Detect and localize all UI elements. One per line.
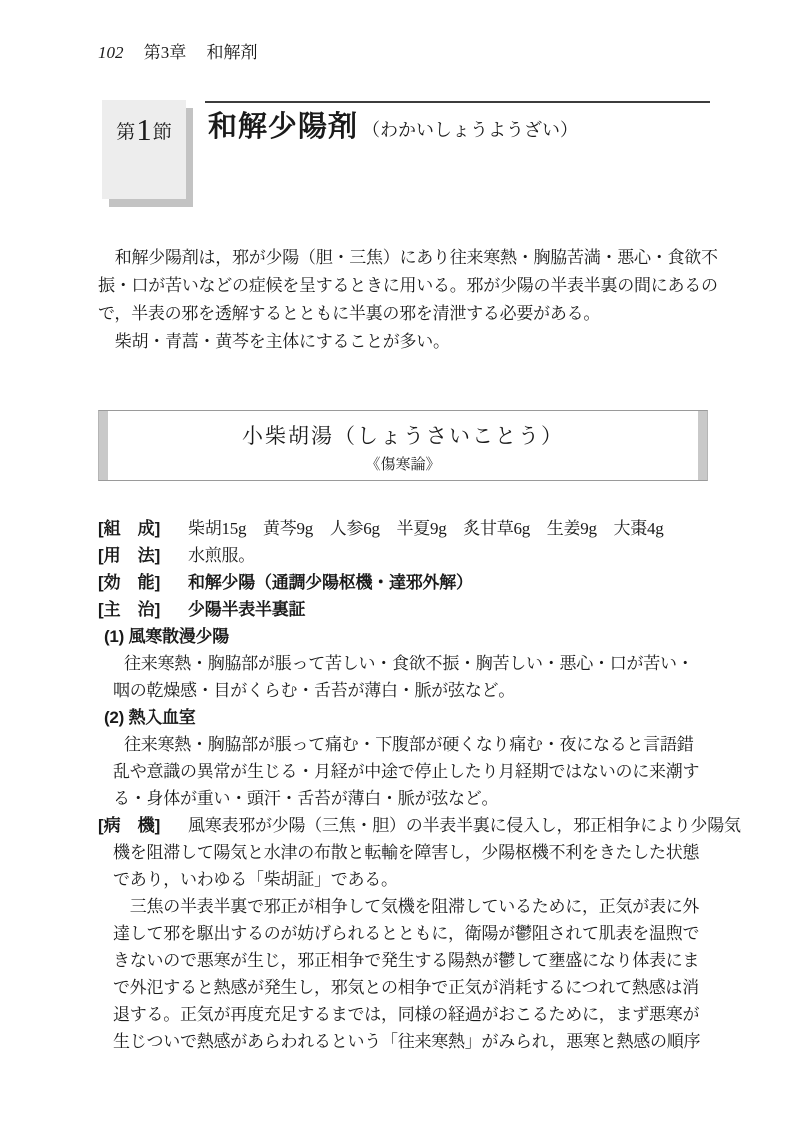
composition-line: [組 成]柴胡15g 黄芩9g 人参6g 半夏9g 炙甘草6g 生姜9g 大棗4… [98, 515, 723, 542]
section-title-row: 和解少陽剤（わかいしょうようざい） [208, 104, 578, 145]
composition-text: 柴胡15g 黄芩9g 人参6g 半夏9g 炙甘草6g 生姜9g 大棗4g [188, 519, 664, 538]
pathogenesis-text: 達して邪を駆出するのが妨げられるとともに，衛陽が鬱阻されて肌表を温煦で [98, 920, 723, 947]
pathogenesis-text: であり，いわゆる「柴胡証」である。 [98, 866, 723, 893]
intro-paragraph: 和解少陽剤は，邪が少陽（胆・三焦）にあり往来寒熱・胸脇苦満・悪心・食欲不 振・口… [98, 244, 718, 356]
indication-item2-text: 往来寒熱・胸脇部が脹って痛む・下腹部が硬くなり痛む・夜になると言語錯 [98, 731, 723, 758]
intro-line: 柴胡・青蒿・黄芩を主体にすることが多い。 [98, 328, 718, 356]
section-rule [205, 101, 710, 103]
section-number-box: 第1節 [102, 100, 186, 199]
chapter-label: 第3章 [144, 43, 187, 62]
formula-details: [組 成]柴胡15g 黄芩9g 人参6g 半夏9g 炙甘草6g 生姜9g 大棗4… [98, 515, 723, 1055]
effect-text: 和解少陽（通調少陽枢機・達邪外解） [188, 573, 473, 592]
indication-item2-text: る・身体が重い・頭汗・舌苔が薄白・脈が弦など。 [98, 785, 723, 812]
formula-box-right-bar [698, 411, 707, 480]
pathogenesis-text: 退する。正気が再度充足するまでは，同様の経過がおこるために，まず悪寒が [98, 1001, 723, 1028]
pathogenesis-label: [病 機] [98, 812, 188, 839]
indication-label: [主 治] [98, 596, 188, 623]
pathogenesis-text: 生じついで熱感があらわれるという「往来寒熱」がみられ，悪寒と熱感の順序 [98, 1028, 723, 1055]
intro-line: 振・口が苦いなどの症候を呈するときに用いる。邪が少陽の半表半裏の間にあるの [98, 272, 718, 300]
section-number-suffix: 節 [153, 122, 172, 143]
book-page: 102 第3章 和解剤 第1節 和解少陽剤（わかいしょうようざい） 和解少陽剤は… [0, 0, 800, 1135]
section-number-digit: 1 [135, 112, 153, 147]
indication-item2-heading: (2) 熱入血室 [98, 704, 723, 731]
formula-box-left-bar [99, 411, 108, 480]
effect-line: [効 能]和解少陽（通調少陽枢機・達邪外解） [98, 569, 723, 596]
section-title-reading: （わかいしょうようざい） [362, 120, 578, 140]
intro-line: で，半表の邪を透解するとともに半裏の邪を清泄する必要がある。 [98, 300, 718, 328]
usage-label: [用 法] [98, 542, 188, 569]
formula-source: 《傷寒論》 [99, 453, 707, 474]
pathogenesis-text: 三焦の半表半裏で邪正が相争して気機を阻滞しているために，正気が表に外 [98, 893, 723, 920]
page-header: 102 第3章 和解剤 [98, 38, 274, 63]
pathogenesis-text: 風寒表邪が少陽（三焦・胆）の半表半裏に侵入し，邪正相争により少陽気 [188, 816, 741, 835]
chapter-title: 和解剤 [207, 43, 258, 62]
page-number: 102 [98, 43, 124, 62]
indication-item2-text: 乱や意識の異常が生じる・月経が中途で停止したり月経期ではないのに来潮す [98, 758, 723, 785]
formula-title: 小柴胡湯（しょうさいことう） [99, 420, 707, 450]
usage-text: 水煎服。 [188, 546, 255, 565]
indication-text: 少陽半表半裏証 [188, 600, 305, 619]
pathogenesis-text: 機を阻滞して陽気と水津の布散と転輸を障害し，少陽枢機不利をきたした状態 [98, 839, 723, 866]
section-number-prefix: 第 [116, 122, 135, 143]
indication-item1-text: 咽の乾燥感・目がくらむ・舌苔が薄白・脈が弦など。 [98, 677, 723, 704]
pathogenesis-line: [病 機]風寒表邪が少陽（三焦・胆）の半表半裏に侵入し，邪正相争により少陽気 [98, 812, 723, 839]
usage-line: [用 法]水煎服。 [98, 542, 723, 569]
pathogenesis-text: きないので悪寒が生じ，邪正相争で発生する陽熱が鬱して壅盛になり体表にま [98, 947, 723, 974]
indication-item1-heading: (1) 風寒散漫少陽 [98, 623, 723, 650]
effect-label: [効 能] [98, 569, 188, 596]
indication-line: [主 治]少陽半表半裏証 [98, 596, 723, 623]
intro-line: 和解少陽剤は，邪が少陽（胆・三焦）にあり往来寒熱・胸脇苦満・悪心・食欲不 [98, 244, 718, 272]
formula-box: 小柴胡湯（しょうさいことう） 《傷寒論》 [98, 410, 708, 481]
composition-label: [組 成] [98, 515, 188, 542]
indication-item1-text: 往来寒熱・胸脇部が脹って苦しい・食欲不振・胸苦しい・悪心・口が苦い・ [98, 650, 723, 677]
section-title: 和解少陽剤 [208, 111, 358, 143]
pathogenesis-text: で外氾すると熱感が発生し，邪気との相争で正気が消耗するにつれて熱感は消 [98, 974, 723, 1001]
